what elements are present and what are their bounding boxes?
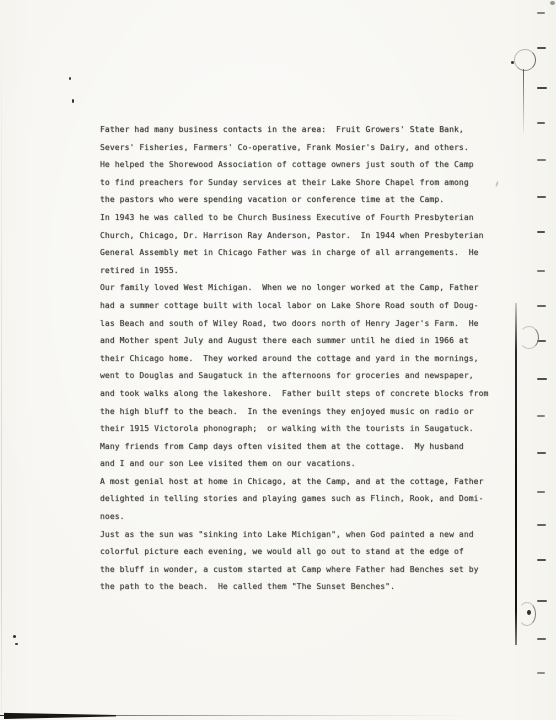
binder-ring-dot — [527, 610, 531, 615]
typewritten-line: to find preachers for Sunday services at… — [100, 174, 500, 192]
typewritten-line: and I and our son Lee visited them on ou… — [100, 455, 500, 473]
typewritten-line: Many friends from Camp days often visite… — [100, 438, 500, 456]
typewritten-line: colorful picture each evening, we would … — [100, 543, 500, 561]
typewritten-line: In 1943 he was called to be Church Busin… — [100, 209, 500, 227]
typewritten-line: General Assembly met in Chicago Father w… — [100, 244, 500, 262]
binder-ring-icon — [514, 49, 536, 71]
typewritten-line: Church, Chicago, Dr. Harrison Ray Anders… — [100, 227, 500, 245]
ink-speck — [13, 635, 16, 638]
typewritten-line: Father had many business contacts in the… — [100, 121, 500, 139]
typewritten-line: Our family loved West Michigan. When we … — [100, 279, 500, 297]
typewritten-line: Severs' Fisheries, Farmers' Co-operative… — [100, 139, 500, 157]
typewritten-line: their 1915 Victorola phonograph; or walk… — [100, 420, 500, 438]
typewritten-line: and Mother spent July and August there e… — [100, 332, 500, 350]
binding-hole-mark — [537, 638, 546, 640]
binder-ring-icon — [519, 326, 539, 349]
binding-hole-mark — [537, 270, 545, 272]
scan-edge-line — [0, 715, 470, 717]
binding-hole-mark — [537, 672, 545, 674]
typewritten-line: delighted in telling stories and playing… — [100, 490, 500, 508]
ink-speck — [72, 99, 74, 103]
typewritten-text: Father had many business contacts in the… — [100, 121, 500, 596]
typewritten-line: had a summer cottage built with local la… — [100, 297, 500, 315]
typewritten-line: noes. — [100, 508, 500, 526]
typewritten-line: the pastors who were spending vacation o… — [100, 191, 500, 209]
binding-hole-mark — [537, 122, 545, 124]
typewritten-line: retired in 1955. — [100, 262, 500, 280]
typewritten-line: went to Douglas and Saugatuck in the aft… — [100, 367, 500, 385]
typewritten-line: Just as the sun was "sinking into Lake M… — [100, 526, 500, 544]
typewritten-line: las Beach and south of Wiley Road, two d… — [100, 315, 500, 333]
ink-speck — [69, 77, 71, 80]
typewritten-line: A most genial host at home in Chicago, a… — [100, 473, 500, 491]
typewritten-line: the high bluff to the beach. In the even… — [100, 403, 500, 421]
binding-hole-mark — [537, 524, 546, 526]
ink-speck — [15, 643, 18, 645]
binding-hole-mark — [537, 47, 546, 49]
binding-hole-mark — [537, 12, 545, 14]
binding-hole-mark — [537, 600, 547, 602]
typewritten-line: He helped the Shorewood Association of c… — [100, 156, 500, 174]
binder-ring-shadow — [523, 69, 524, 133]
ink-speck — [550, 1, 555, 5]
binding-hole-mark — [537, 378, 547, 380]
typewritten-line: their Chicago home. They worked around t… — [100, 350, 500, 368]
typewritten-line: the path to the beach. He called them "T… — [100, 578, 500, 596]
scanned-document-page: Father had many business contacts in the… — [0, 0, 556, 720]
binding-hole-mark — [537, 559, 546, 561]
typewritten-line: the bluff in wonder, a custom started at… — [100, 561, 500, 579]
binding-hole-mark — [537, 491, 545, 493]
binding-hole-mark — [537, 196, 546, 198]
binding-edge-shadow — [515, 303, 517, 645]
binding-hole-mark — [537, 231, 545, 233]
binding-hole-mark — [537, 159, 546, 161]
binding-hole-mark — [537, 452, 546, 454]
typewritten-line: and took walks along the lakeshore. Fath… — [100, 385, 500, 403]
binding-hole-mark — [537, 305, 546, 307]
binding-hole-mark — [537, 87, 547, 89]
binder-ring-dot — [511, 61, 514, 64]
binding-hole-mark — [537, 415, 545, 417]
